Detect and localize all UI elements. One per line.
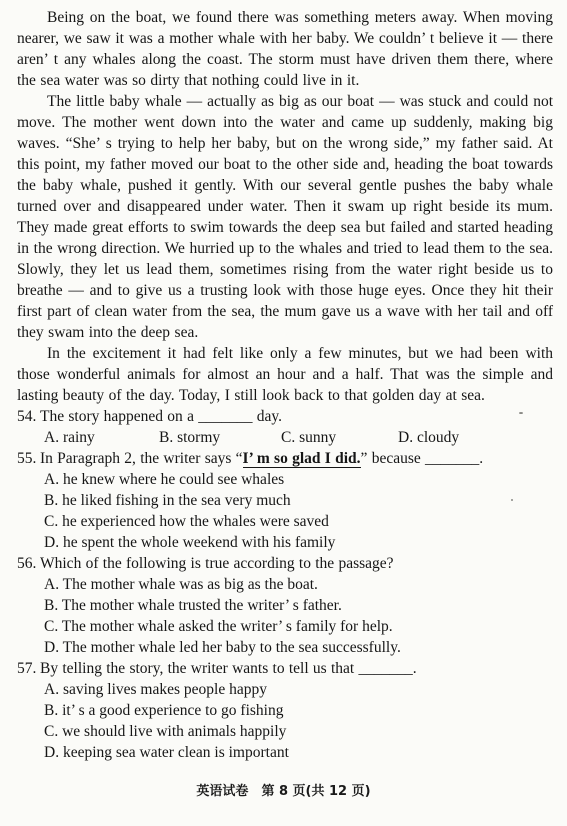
footer-page-number: 第 8 页(共 12 页): [261, 784, 370, 799]
passage-paragraph: The little baby whale — actually as big …: [17, 91, 553, 343]
option-d: D. he spent the whole weekend with his f…: [17, 532, 553, 553]
option-b: B. it’ s a good experience to go fishing: [17, 700, 553, 721]
scan-artifact: [511, 499, 513, 501]
question-number: 57.: [17, 658, 40, 679]
option-c: C. he experienced how the whales were sa…: [17, 511, 553, 532]
question-stem-line: 55. In Paragraph 2, the writer says “I’ …: [17, 448, 553, 469]
question-stem: The story happened on a _______ day.: [40, 406, 553, 427]
question-stem-line: 56. Which of the following is true accor…: [17, 553, 553, 574]
question-57: 57. By telling the story, the writer wan…: [17, 658, 553, 763]
option-a: A. rainy: [44, 427, 159, 448]
option-c: C. sunny: [281, 427, 398, 448]
stem-text: ” because _______.: [361, 450, 484, 467]
quoted-phrase: I’ m so glad I did.: [243, 450, 361, 468]
page-footer: 英语试卷第 8 页(共 12 页): [0, 781, 567, 802]
scan-artifact: [519, 412, 523, 414]
option-b: B. he liked fishing in the sea very much: [17, 490, 553, 511]
option-d: D. cloudy: [398, 427, 459, 448]
option-b: B. stormy: [159, 427, 281, 448]
question-stem: Which of the following is true according…: [40, 553, 553, 574]
option-c: C. The mother whale asked the writer’ s …: [17, 616, 553, 637]
question-56: 56. Which of the following is true accor…: [17, 553, 553, 658]
question-stem-line: 54. The story happened on a _______ day.: [17, 406, 553, 427]
footer-doc-title: 英语试卷: [196, 784, 248, 799]
passage-paragraph: In the excitement it had felt like only …: [17, 343, 553, 406]
passage-paragraph: Being on the boat, we found there was so…: [17, 7, 553, 91]
question-stem-line: 57. By telling the story, the writer wan…: [17, 658, 553, 679]
option-d: D. The mother whale led her baby to the …: [17, 637, 553, 658]
exam-page: Being on the boat, we found there was so…: [0, 0, 567, 826]
option-a: A. saving lives makes people happy: [17, 679, 553, 700]
options-row: A. rainy B. stormy C. sunny D. cloudy: [17, 427, 553, 448]
stem-text: In Paragraph 2, the writer says “: [40, 450, 243, 467]
question-number: 54.: [17, 406, 40, 427]
option-a: A. he knew where he could see whales: [17, 469, 553, 490]
question-55: 55. In Paragraph 2, the writer says “I’ …: [17, 448, 553, 553]
question-number: 55.: [17, 448, 40, 469]
option-d: D. keeping sea water clean is important: [17, 742, 553, 763]
option-c: C. we should live with animals happily: [17, 721, 553, 742]
question-stem: By telling the story, the writer wants t…: [40, 658, 553, 679]
option-a: A. The mother whale was as big as the bo…: [17, 574, 553, 595]
option-b: B. The mother whale trusted the writer’ …: [17, 595, 553, 616]
question-number: 56.: [17, 553, 40, 574]
question-54: 54. The story happened on a _______ day.…: [17, 406, 553, 448]
question-stem: In Paragraph 2, the writer says “I’ m so…: [40, 448, 553, 469]
